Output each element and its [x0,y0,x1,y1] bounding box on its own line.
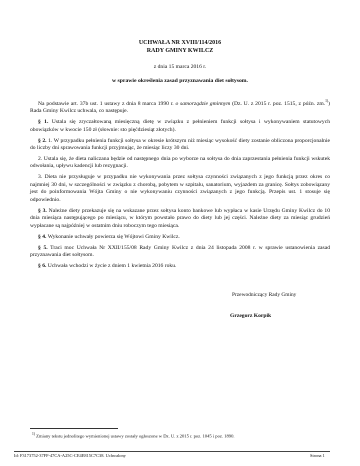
document-id: Id: F3173752-37FF-47CA-A25C-CE4E815C7C38… [14,453,126,458]
signature-title: Przewodniczący Rady Gminy [232,292,296,298]
footnote: 1) Zmiany tekstu jednolitego wymienionej… [32,432,235,439]
section-1: § 1. Ustala się zryczałtowaną miesięczną… [30,119,330,134]
resolution-date: z dnia 15 marca 2016 r. [0,64,360,70]
section-2-2: 2. Ustala się, że dieta naliczana będzie… [30,156,330,171]
document-page: UCHWAŁA NR XVIII/114/2016 RADY GMINY KWI… [0,0,360,466]
resolution-title: UCHWAŁA NR XVIII/114/2016 RADY GMINY KWI… [0,40,360,55]
section-3: § 3. Należne diety przekazuje się na wsk… [30,208,330,230]
section-2-3: 3. Dieta nie przysługuje w przypadku nie… [30,174,330,204]
preamble: Na podstawie art. 37b ust. 1 ustawy z dn… [30,98,330,116]
title-line-2: RADY GMINY KWILCZ [0,48,360,56]
section-5: § 5. Traci moc Uchwała Nr XXII/155/08 Ra… [30,245,330,260]
section-4: § 4. Wykonanie uchwały powierza się Wójt… [30,234,330,241]
section-2-1: § 2. 1. W przypadku pełnienia funkcji so… [30,138,330,153]
resolution-subject: w sprawie określenia zasad przyznawania … [0,78,360,84]
signature-name: Grzegorz Korpik [230,313,271,319]
footnote-divider [30,428,118,429]
footer-divider [14,451,330,452]
page-number: Strona 1 [310,453,325,458]
document-body: Na podstawie art. 37b ust. 1 ustawy z dn… [30,98,330,270]
title-line-1: UCHWAŁA NR XVIII/114/2016 [0,40,360,48]
section-6: § 6. Uchwała wchodzi w życie z dniem 1 k… [30,263,330,270]
